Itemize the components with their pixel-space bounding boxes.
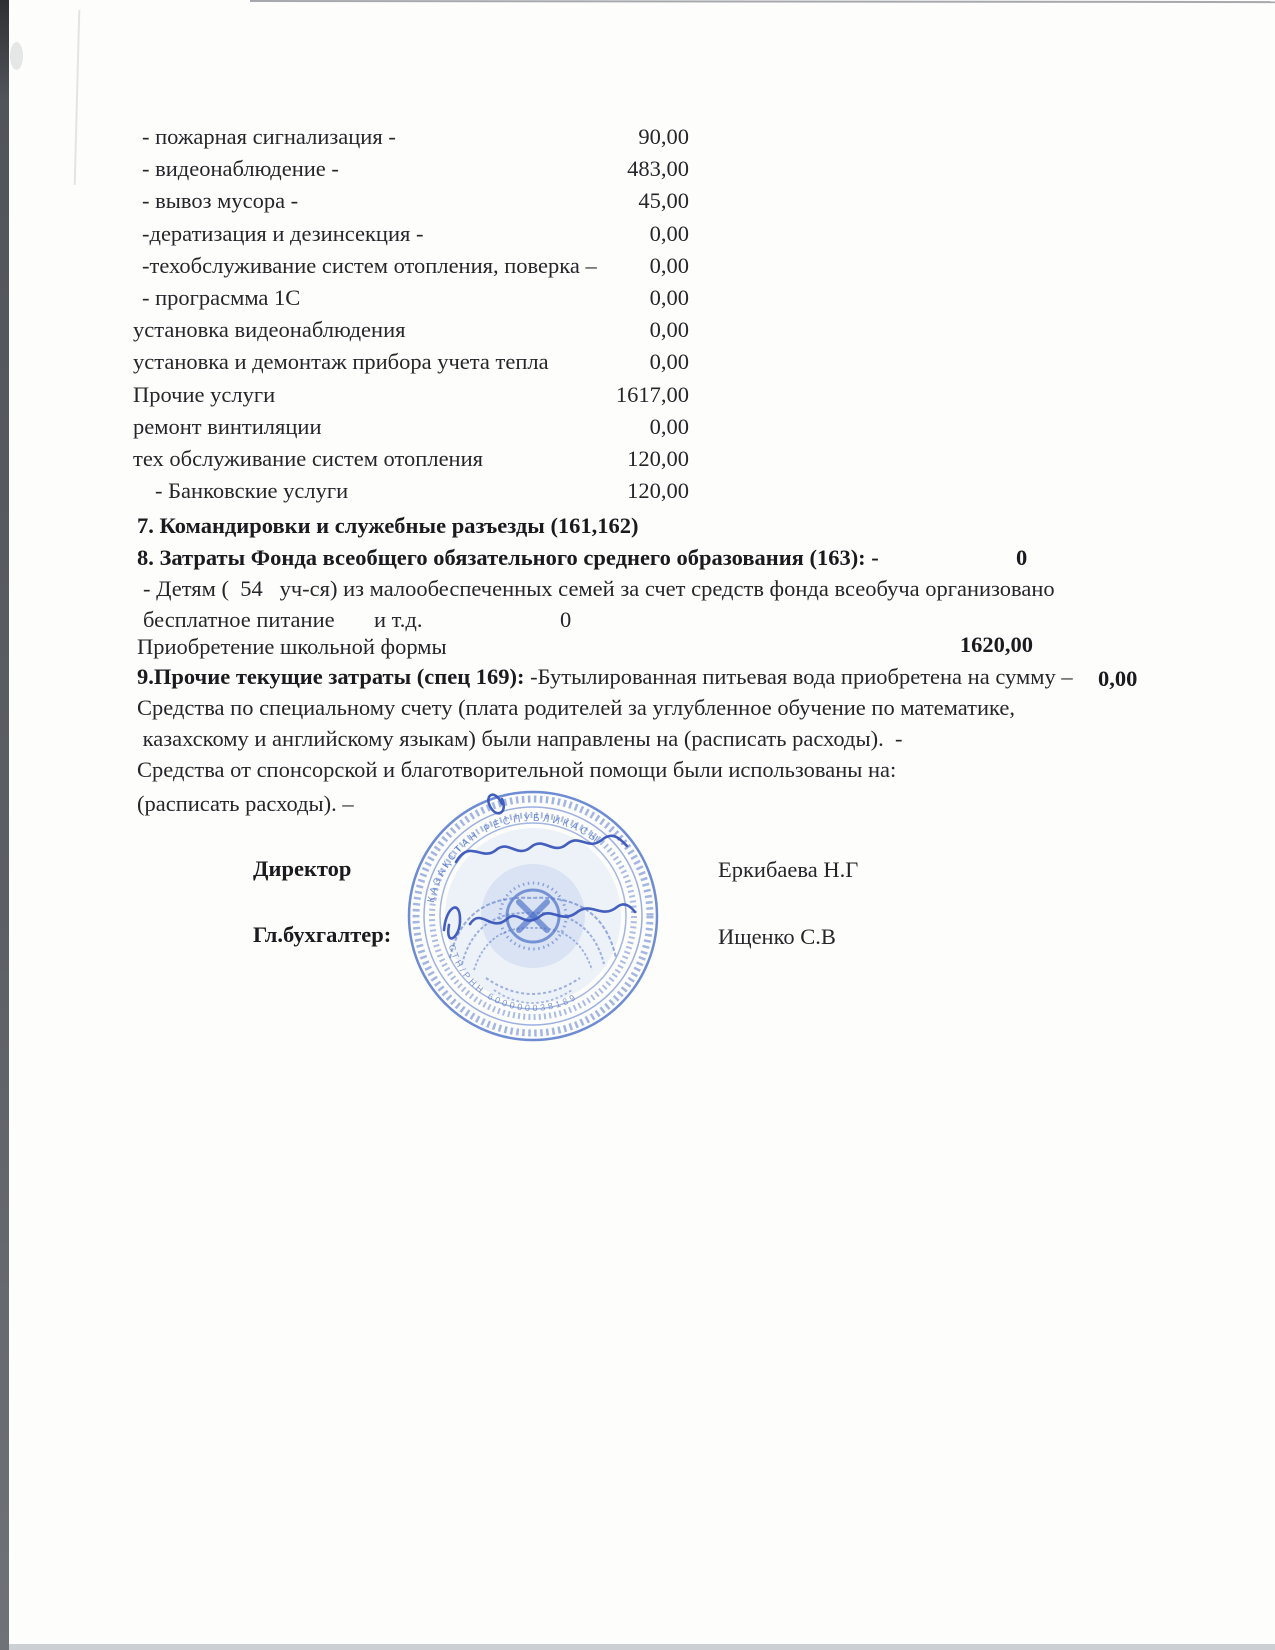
expense-label: -техобслуживание систем отопления, повер… — [133, 253, 597, 285]
section8-value: 0 — [1016, 544, 1027, 571]
expense-label: установка видеонаблюдения — [133, 317, 405, 349]
accountant-name: Ищенко С.В — [718, 923, 836, 950]
expense-label: Прочие услуги — [133, 382, 275, 414]
expense-row: установка видеонаблюдения0,00 — [133, 317, 689, 349]
expense-label: - програсмма 1С — [133, 285, 300, 317]
expense-value: 0,00 — [650, 221, 689, 253]
expense-row: - видеонаблюдение -483,00 — [133, 156, 689, 188]
expense-row: -техобслуживание систем отопления, повер… — [133, 253, 689, 285]
expense-label: - вывоз мусора - — [133, 188, 298, 220]
expense-value: 0,00 — [650, 349, 689, 381]
expense-value: 90,00 — [638, 124, 689, 156]
section9-line3: Средства от спонсорской и благотворитель… — [137, 756, 896, 783]
expense-label: ремонт винтиляции — [133, 414, 322, 446]
expense-label: установка и демонтаж прибора учета тепла — [133, 349, 549, 381]
scanned-document-page: - пожарная сигнализация -90,00 - видеона… — [0, 0, 1275, 1650]
expense-row: - вывоз мусора -45,00 — [133, 188, 689, 220]
scan-edge-left — [0, 0, 9, 1650]
section9-heading: 9.Прочие текущие затраты (спец 169): -Бу… — [137, 663, 1073, 690]
expense-label: -дератизация и дезинсекция - — [133, 221, 423, 253]
section8-children-line: - Детям ( 54 уч-ся) из малообеспеченных … — [143, 575, 1055, 602]
section9-line2: казахскому и английскому языкам) были на… — [137, 725, 902, 752]
expense-value: 45,00 — [638, 188, 689, 220]
section8-meals-value: 0 — [560, 606, 571, 633]
section9-line1: Средства по специальному счету (плата ро… — [137, 694, 1015, 721]
section8-uniform-line: Приобретение школьной формы — [137, 633, 447, 660]
expense-value: 483,00 — [627, 156, 689, 188]
section9-line4: (расписать расходы). – — [137, 790, 354, 817]
expense-value: 1617,00 — [616, 382, 689, 414]
scan-edge-top — [250, 0, 1275, 3]
expense-row: ремонт винтиляции0,00 — [133, 414, 689, 446]
expense-value: 0,00 — [650, 253, 689, 285]
section9-heading-bold: 9.Прочие текущие затраты (спец 169): — [137, 664, 530, 689]
expense-row: Прочие услуги1617,00 — [133, 382, 689, 414]
director-label: Директор — [253, 855, 351, 882]
expense-value: 120,00 — [627, 446, 689, 478]
expense-label: - пожарная сигнализация - — [133, 124, 396, 156]
section9-value: 0,00 — [1098, 665, 1137, 692]
expense-label: - видеонаблюдение - — [133, 156, 339, 188]
director-name: Еркибаева Н.Г — [718, 856, 858, 883]
expense-row: тех обслуживание систем отопления120,00 — [133, 446, 689, 478]
expense-value: 0,00 — [650, 317, 689, 349]
expense-value: 0,00 — [650, 414, 689, 446]
expense-list: - пожарная сигнализация -90,00 - видеона… — [133, 124, 689, 510]
expense-row: установка и демонтаж прибора учета тепла… — [133, 349, 689, 381]
section9-heading-rest: -Бутылированная питьевая вода приобретен… — [530, 664, 1072, 689]
expense-value: 120,00 — [627, 478, 689, 510]
scan-smudge — [10, 42, 23, 70]
section7-heading: 7. Командировки и служебные разъезды (16… — [137, 512, 639, 539]
expense-label: - Банковские услуги — [133, 478, 348, 510]
section8-heading: 8. Затраты Фонда всеобщего обязательного… — [137, 544, 879, 571]
section8-uniform-value: 1620,00 — [945, 631, 1033, 658]
accountant-label: Гл.бухгалтер: — [253, 921, 391, 948]
expense-value: 0,00 — [650, 285, 689, 317]
expense-row: -дератизация и дезинсекция -0,00 — [133, 221, 689, 253]
section8-meals-line: бесплатное питание и т.д. — [143, 606, 423, 633]
scan-edge-bottom — [9, 1644, 1275, 1650]
expense-label: тех обслуживание систем отопления — [133, 446, 483, 478]
expense-row: - програсмма 1С0,00 — [133, 285, 689, 317]
expense-row: - пожарная сигнализация -90,00 — [133, 124, 689, 156]
expense-row: - Банковские услуги120,00 — [133, 478, 689, 510]
official-stamp: ҚАЗАҚСТАН РЕСПУБЛИКАСЫ СТН/РНН 600000038… — [398, 782, 668, 1050]
scan-crease — [74, 10, 81, 185]
